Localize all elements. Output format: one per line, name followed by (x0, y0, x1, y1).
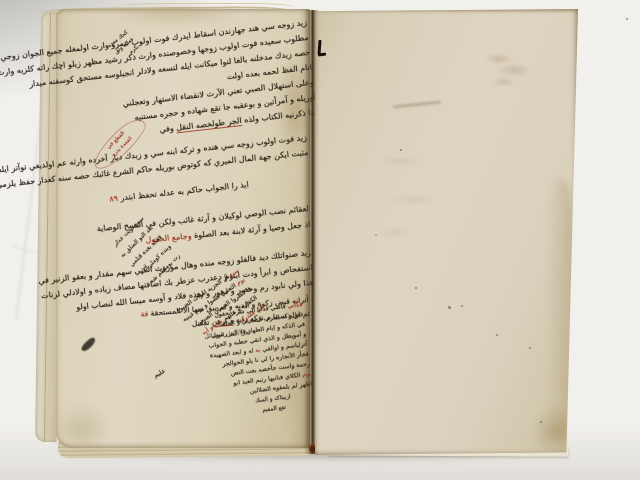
ink-segment: ايذ را الجواب حاكم به عدله تحفظ ابتدر (117, 180, 249, 203)
margin-word: عليم (140, 360, 179, 386)
ink-segment: وفي (159, 123, 177, 134)
offset-smudge (483, 45, 535, 91)
offset-streak (393, 100, 441, 108)
right-page-blank (315, 9, 578, 455)
foxing-speck (529, 347, 531, 349)
foxing-speck (496, 334, 498, 336)
foxing-speck (375, 234, 377, 236)
foxing-speck (400, 149, 402, 151)
manuscript-line: ايذ را الجواب حاكم به عدله تحفظ ابتدر ٨٩ (89, 178, 250, 209)
ink-segment: تقع المقيم (262, 405, 286, 414)
foxing-speck (461, 305, 463, 307)
manuscript-photo-scene: زيد زوجه سي هند جهازندن اسقاط ايدرك فوت … (0, 0, 640, 480)
foxing-speck (448, 306, 451, 309)
bottom-right-block: فكأني قاضي قدايا الي شره يحفولعدل ذكه ال… (221, 300, 316, 419)
left-page: زيد زوجه سي هند جهازندن اسقاط ايدرك فوت … (56, 9, 310, 448)
red-ink-segment: الجر طولخصه النقل (176, 116, 243, 133)
foxing-speck (540, 421, 542, 423)
show-through-text (365, 139, 455, 249)
gutter-ink-mark (318, 52, 326, 56)
fatwa-block-answer: ايذ را الجواب حاكم به عدله تحفظ ابتدر ٨٩ (89, 178, 250, 209)
ink-blot (80, 336, 97, 353)
background-speck (626, 18, 628, 20)
red-ink-segment: فكأني (285, 301, 303, 310)
ink-segment: عليم (152, 367, 167, 380)
foxing-speck (415, 287, 417, 289)
manuscript-line: عليم (140, 360, 179, 386)
